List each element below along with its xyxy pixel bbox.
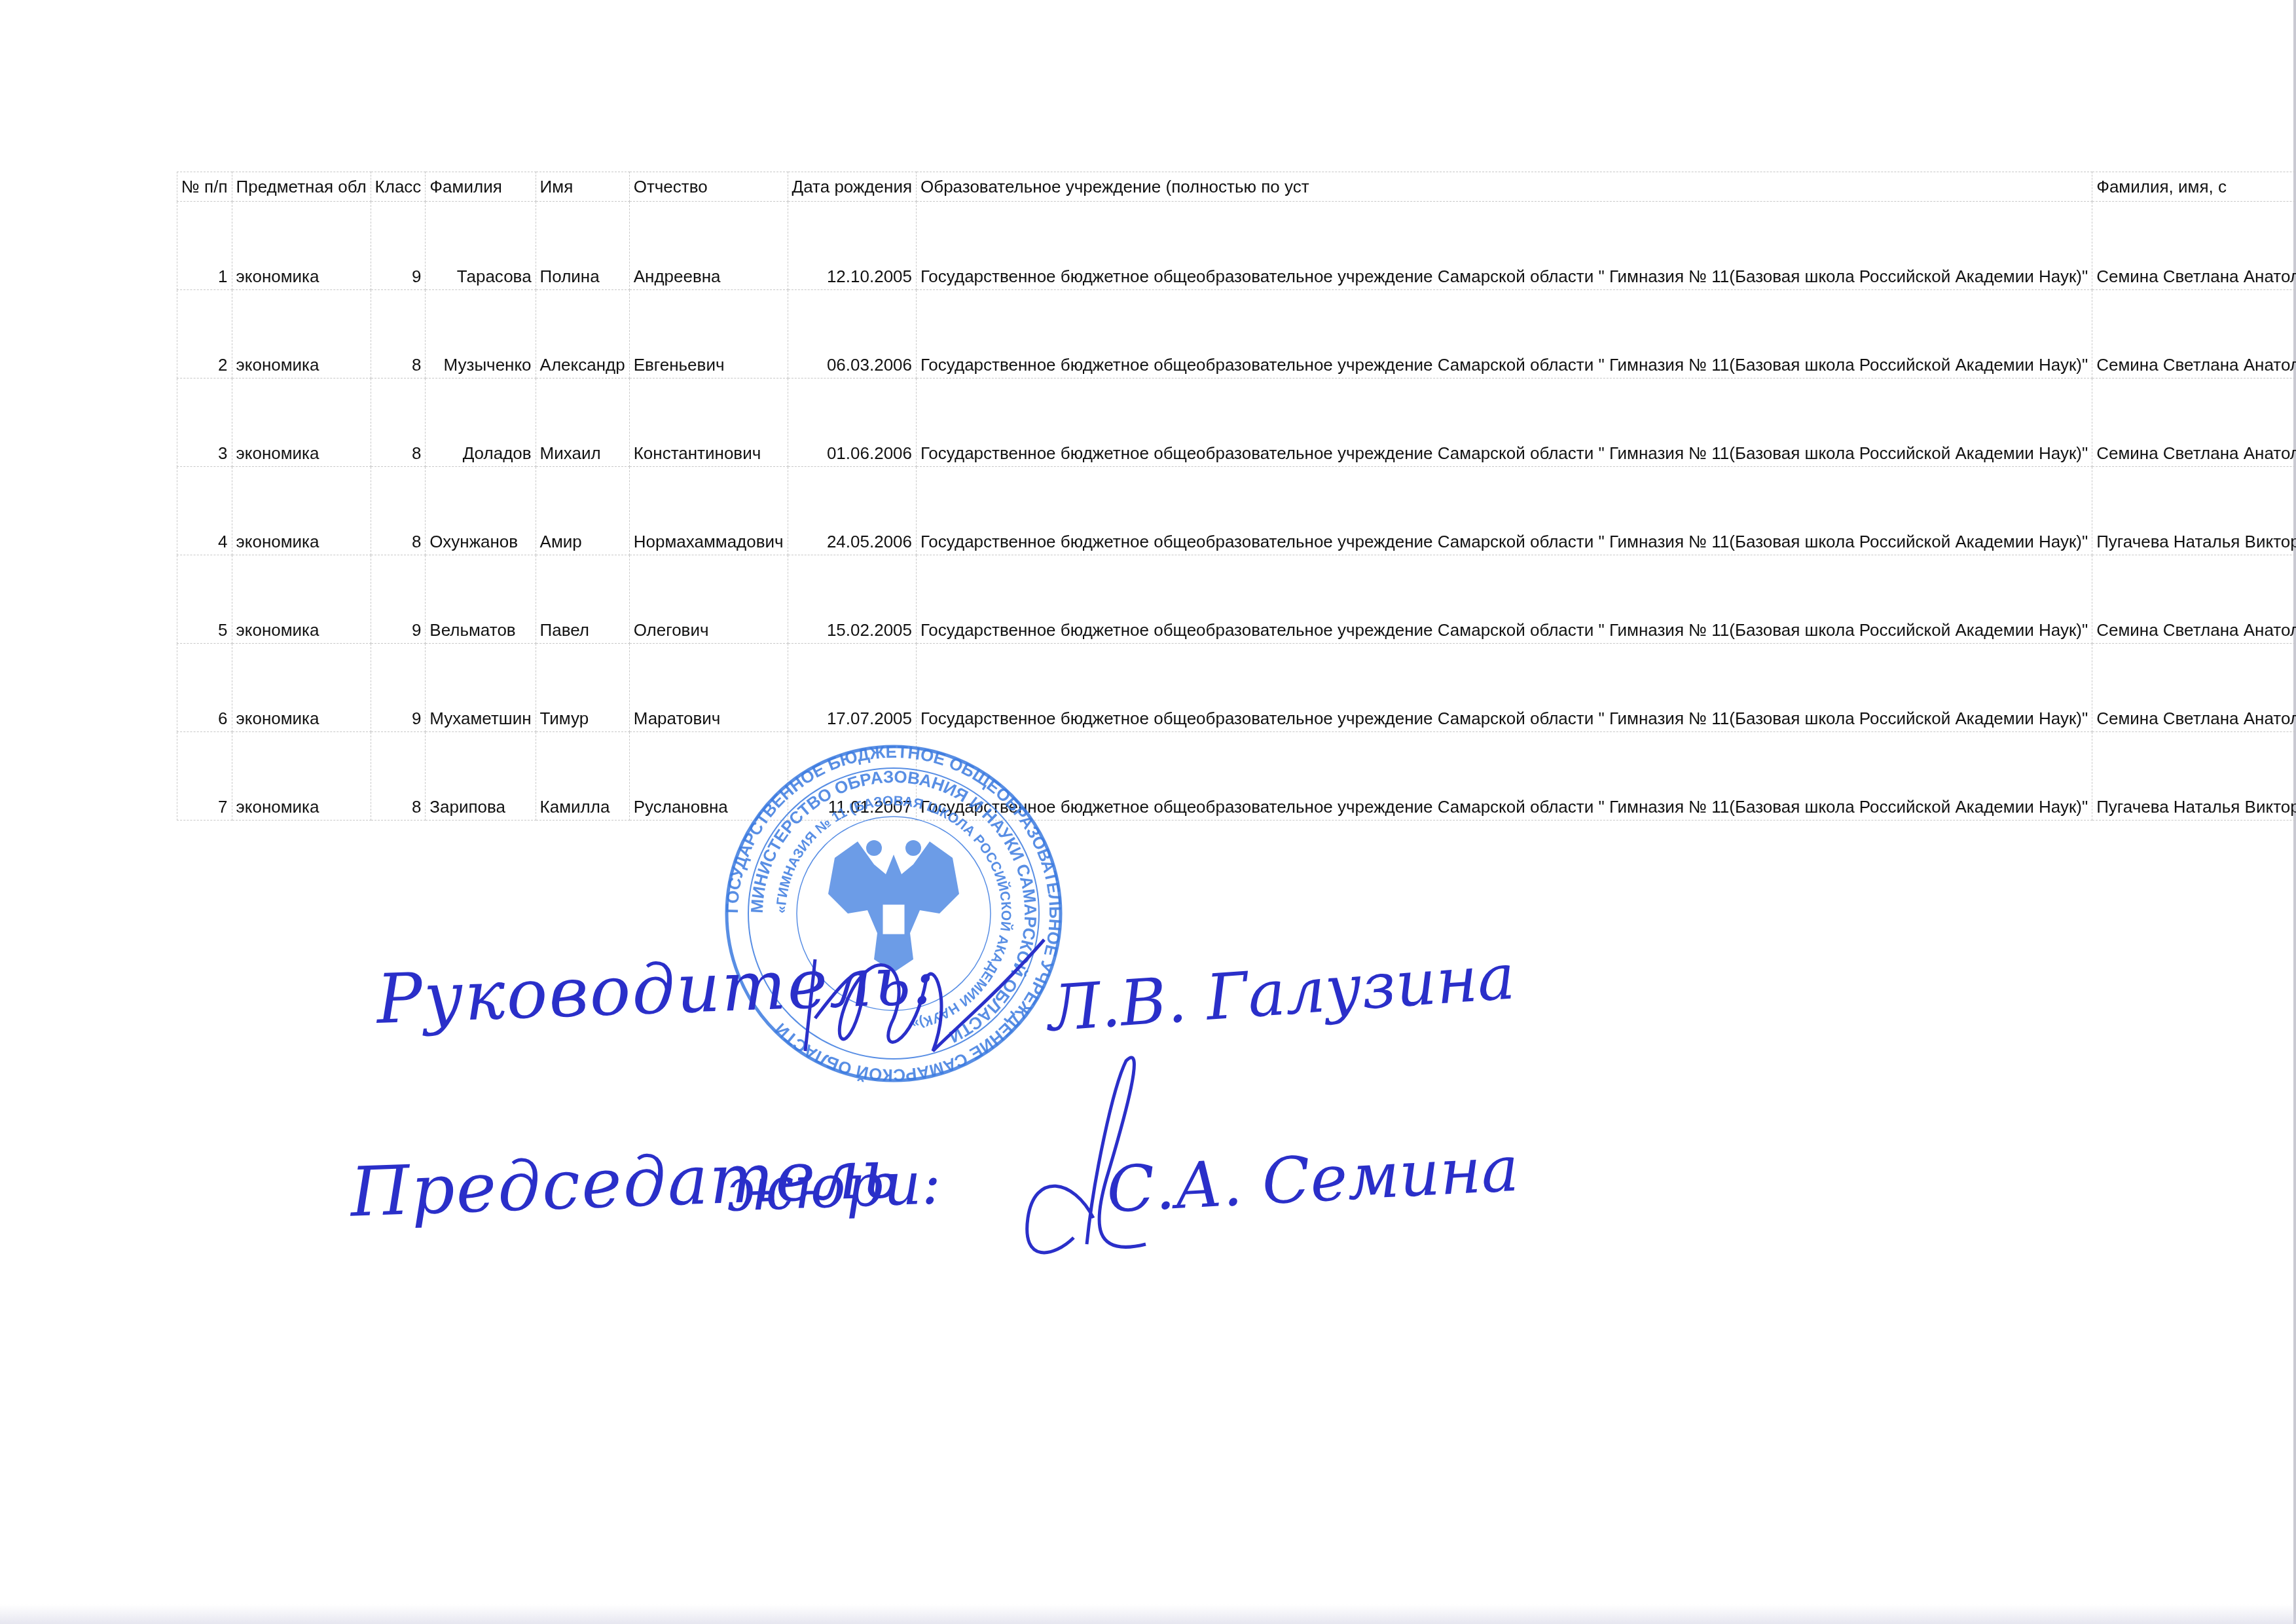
cell-patronymic: Олегович	[629, 555, 788, 644]
cell-number: 6	[177, 644, 232, 732]
cell-institution: Государственное бюджетное общеобразовате…	[917, 644, 2092, 732]
cell-birthdate: 12.10.2005	[788, 202, 916, 290]
header-subject: Предметная обл	[232, 172, 371, 202]
cell-name: Камилла	[536, 732, 629, 821]
header-name: Имя	[536, 172, 629, 202]
cell-surname: Тарасова	[426, 202, 536, 290]
cell-name: Тимур	[536, 644, 629, 732]
cell-subject: экономика	[232, 555, 371, 644]
official-stamp: ГОСУДАРСТВЕННОЕ БЮДЖЕТНОЕ ОБЩЕОБРАЗОВАТЕ…	[717, 743, 1070, 1084]
cell-subject: экономика	[232, 378, 371, 467]
header-patronymic: Отчество	[629, 172, 788, 202]
cell-subject: экономика	[232, 732, 371, 821]
table-header-row: № п/п Предметная обл Класс Фамилия Имя О…	[177, 172, 2296, 202]
cell-grade: 8	[371, 290, 426, 378]
cell-surname: Вельматов	[426, 555, 536, 644]
cell-number: 1	[177, 202, 232, 290]
cell-patronymic: Константинович	[629, 378, 788, 467]
cell-teacher: Пугачева Наталья Викторовна	[2092, 732, 2296, 821]
table-row: 6 экономика 9 Мухаметшин Тимур Маратович…	[177, 644, 2296, 732]
cell-teacher: Семина Светлана Анатольевна	[2092, 290, 2296, 378]
cell-grade: 9	[371, 644, 426, 732]
cell-institution: Государственное бюджетное общеобразовате…	[917, 467, 2092, 555]
table-row: 3 экономика 8 Доладов Михаил Константино…	[177, 378, 2296, 467]
cell-grade: 9	[371, 202, 426, 290]
header-birthdate: Дата рождения	[788, 172, 916, 202]
cell-patronymic: Андреевна	[629, 202, 788, 290]
cell-patronymic: Евгеньевич	[629, 290, 788, 378]
table-row: 5 экономика 9 Вельматов Павел Олегович 1…	[177, 555, 2296, 644]
cell-surname: Музыченко	[426, 290, 536, 378]
cell-grade: 8	[371, 467, 426, 555]
cell-number: 5	[177, 555, 232, 644]
results-table: № п/п Предметная обл Класс Фамилия Имя О…	[177, 172, 2296, 821]
cell-surname: Охунжанов	[426, 467, 536, 555]
header-grade: Класс	[371, 172, 426, 202]
cell-surname: Доладов	[426, 378, 536, 467]
cell-name: Полина	[536, 202, 629, 290]
cell-birthdate: 24.05.2006	[788, 467, 916, 555]
cell-grade: 8	[371, 732, 426, 821]
cell-grade: 9	[371, 555, 426, 644]
cell-number: 3	[177, 378, 232, 467]
cell-surname: Зарипова	[426, 732, 536, 821]
table-row: 2 экономика 8 Музыченко Александр Евгень…	[177, 290, 2296, 378]
page-bottom-shadow	[0, 1604, 2296, 1624]
cell-name: Михаил	[536, 378, 629, 467]
cell-patronymic: Нормахаммадович	[629, 467, 788, 555]
header-institution: Образовательное учреждение (полностью по…	[917, 172, 2092, 202]
cell-teacher: Семина Светлана Анатольевна	[2092, 555, 2296, 644]
cell-subject: экономика	[232, 202, 371, 290]
cell-birthdate: 17.07.2005	[788, 644, 916, 732]
cell-institution: Государственное бюджетное общеобразовате…	[917, 290, 2092, 378]
cell-subject: экономика	[232, 290, 371, 378]
cell-institution: Государственное бюджетное общеобразовате…	[917, 378, 2092, 467]
table-row: 1 экономика 9 Тарасова Полина Андреевна …	[177, 202, 2296, 290]
table-row: 4 экономика 8 Охунжанов Амир Нормахаммад…	[177, 467, 2296, 555]
cell-subject: экономика	[232, 467, 371, 555]
cell-institution: Государственное бюджетное общеобразовате…	[917, 202, 2092, 290]
cell-number: 4	[177, 467, 232, 555]
cell-grade: 8	[371, 378, 426, 467]
jury-signature-label-2: жюри:	[725, 1149, 942, 1225]
header-surname: Фамилия	[426, 172, 536, 202]
cell-institution: Государственное бюджетное общеобразовате…	[917, 555, 2092, 644]
cell-teacher: Семина Светлана Анатольевна	[2092, 378, 2296, 467]
head-signature-name: Л.В. Галузина	[1046, 940, 1518, 1046]
cell-birthdate: 15.02.2005	[788, 555, 916, 644]
cell-surname: Мухаметшин	[426, 644, 536, 732]
cell-number: 2	[177, 290, 232, 378]
cell-name: Александр	[536, 290, 629, 378]
jury-signature-name: С.А. Семина	[1105, 1132, 1521, 1227]
cell-name: Павел	[536, 555, 629, 644]
cell-number: 7	[177, 732, 232, 821]
header-number: № п/п	[177, 172, 232, 202]
cell-teacher: Семина Светлана Анатольевна	[2092, 644, 2296, 732]
cell-teacher: Семина Светлана Анатольевна	[2092, 202, 2296, 290]
cell-patronymic: Маратович	[629, 644, 788, 732]
header-teacher: Фамилия, имя, с	[2092, 172, 2296, 202]
cell-name: Амир	[536, 467, 629, 555]
cell-teacher: Пугачева Наталья Викторовна	[2092, 467, 2296, 555]
cell-institution: Государственное бюджетное общеобразовате…	[917, 732, 2092, 821]
cell-birthdate: 06.03.2006	[788, 290, 916, 378]
cell-birthdate: 01.06.2006	[788, 378, 916, 467]
cell-subject: экономика	[232, 644, 371, 732]
table-row: 7 экономика 8 Зарипова Камилла Руслановн…	[177, 732, 2296, 821]
